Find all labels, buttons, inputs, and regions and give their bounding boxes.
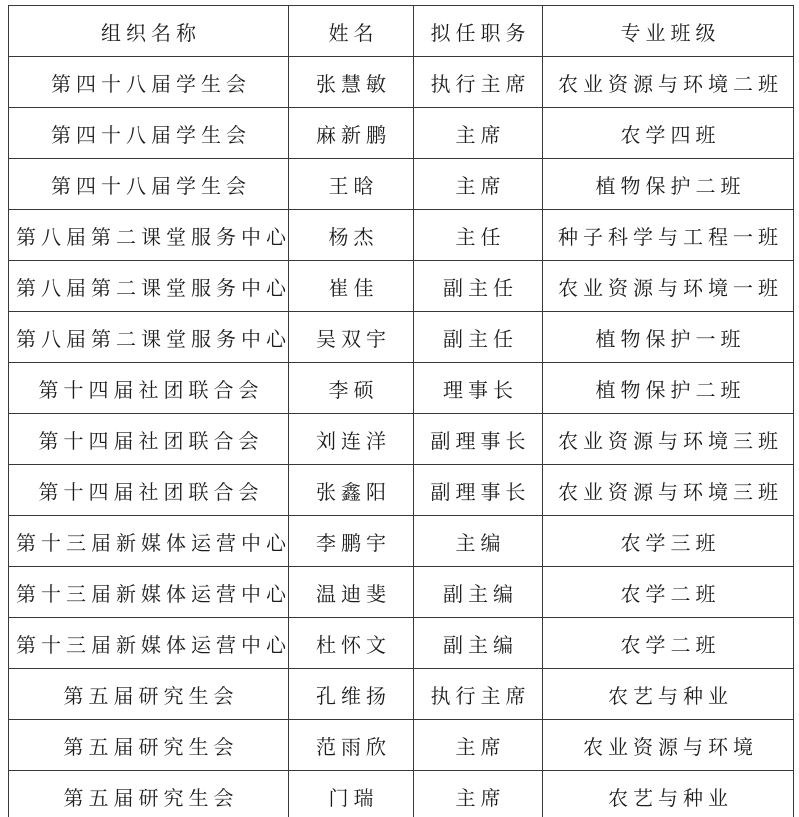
cell-class: 植物保护二班 bbox=[543, 363, 794, 414]
cell-class: 农学三班 bbox=[543, 516, 794, 567]
cell-class: 农学四班 bbox=[543, 108, 794, 159]
header-row: 组织名称 姓名 拟任职务 专业班级 bbox=[9, 6, 794, 57]
cell-position: 主席 bbox=[414, 720, 543, 771]
table-row: 第八届第二课堂服务中心吴双宇副主任植物保护一班 bbox=[9, 312, 794, 363]
cell-class: 农艺与种业 bbox=[543, 669, 794, 720]
header-major-class: 专业班级 bbox=[543, 6, 794, 57]
cell-class: 农业资源与环境 bbox=[543, 720, 794, 771]
table-row: 第四十八届学生会麻新鹏主席农学四班 bbox=[9, 108, 794, 159]
cell-class: 植物保护二班 bbox=[543, 159, 794, 210]
cell-name: 张慧敏 bbox=[289, 57, 414, 108]
cell-organization: 第八届第二课堂服务中心 bbox=[9, 312, 289, 363]
cell-position: 执行主席 bbox=[414, 669, 543, 720]
cell-organization: 第五届研究生会 bbox=[9, 771, 289, 817]
cell-position: 副理事长 bbox=[414, 465, 543, 516]
table-row: 第四十八届学生会王晗主席植物保护二班 bbox=[9, 159, 794, 210]
cell-organization: 第十三届新媒体运营中心 bbox=[9, 567, 289, 618]
table-row: 第十四届社团联合会李硕理事长植物保护二班 bbox=[9, 363, 794, 414]
table-body: 第四十八届学生会张慧敏执行主席农业资源与环境二班第四十八届学生会麻新鹏主席农学四… bbox=[9, 57, 794, 817]
cell-organization: 第十三届新媒体运营中心 bbox=[9, 516, 289, 567]
cell-class: 农业资源与环境三班 bbox=[543, 414, 794, 465]
cell-position: 主席 bbox=[414, 159, 543, 210]
cell-name: 范雨欣 bbox=[289, 720, 414, 771]
cell-position: 副主任 bbox=[414, 312, 543, 363]
table-row: 第十三届新媒体运营中心温迪斐副主编农学二班 bbox=[9, 567, 794, 618]
cell-class: 农艺与种业 bbox=[543, 771, 794, 817]
cell-position: 副理事长 bbox=[414, 414, 543, 465]
cell-position: 主席 bbox=[414, 108, 543, 159]
cell-name: 刘连洋 bbox=[289, 414, 414, 465]
cell-class: 农业资源与环境一班 bbox=[543, 261, 794, 312]
table-header: 组织名称 姓名 拟任职务 专业班级 bbox=[9, 6, 794, 57]
table-row: 第十四届社团联合会张鑫阳副理事长农业资源与环境三班 bbox=[9, 465, 794, 516]
cell-name: 麻新鹏 bbox=[289, 108, 414, 159]
cell-position: 主席 bbox=[414, 771, 543, 817]
header-name: 姓名 bbox=[289, 6, 414, 57]
cell-position: 理事长 bbox=[414, 363, 543, 414]
cell-name: 李硕 bbox=[289, 363, 414, 414]
cell-class: 植物保护一班 bbox=[543, 312, 794, 363]
cell-name: 杨杰 bbox=[289, 210, 414, 261]
cell-organization: 第八届第二课堂服务中心 bbox=[9, 261, 289, 312]
table-row: 第十四届社团联合会刘连洋副理事长农业资源与环境三班 bbox=[9, 414, 794, 465]
header-proposed-position: 拟任职务 bbox=[414, 6, 543, 57]
cell-name: 门瑞 bbox=[289, 771, 414, 817]
cell-organization: 第十四届社团联合会 bbox=[9, 414, 289, 465]
table-row: 第五届研究生会范雨欣主席农业资源与环境 bbox=[9, 720, 794, 771]
cell-organization: 第八届第二课堂服务中心 bbox=[9, 210, 289, 261]
cell-position: 副主编 bbox=[414, 618, 543, 669]
cell-organization: 第四十八届学生会 bbox=[9, 108, 289, 159]
cell-organization: 第十四届社团联合会 bbox=[9, 363, 289, 414]
table-row: 第五届研究生会门瑞主席农艺与种业 bbox=[9, 771, 794, 817]
cell-position: 主任 bbox=[414, 210, 543, 261]
cell-organization: 第四十八届学生会 bbox=[9, 159, 289, 210]
cell-name: 王晗 bbox=[289, 159, 414, 210]
table-row: 第四十八届学生会张慧敏执行主席农业资源与环境二班 bbox=[9, 57, 794, 108]
cell-position: 副主任 bbox=[414, 261, 543, 312]
cell-name: 孔维扬 bbox=[289, 669, 414, 720]
document-page: 组织名称 姓名 拟任职务 专业班级 第四十八届学生会张慧敏执行主席农业资源与环境… bbox=[0, 0, 799, 817]
cell-class: 农学二班 bbox=[543, 618, 794, 669]
cell-position: 副主编 bbox=[414, 567, 543, 618]
cell-name: 温迪斐 bbox=[289, 567, 414, 618]
cell-organization: 第五届研究生会 bbox=[9, 720, 289, 771]
appointment-roster-table: 组织名称 姓名 拟任职务 专业班级 第四十八届学生会张慧敏执行主席农业资源与环境… bbox=[8, 5, 794, 817]
table-row: 第五届研究生会孔维扬执行主席农艺与种业 bbox=[9, 669, 794, 720]
cell-name: 李鹏宇 bbox=[289, 516, 414, 567]
cell-class: 种子科学与工程一班 bbox=[543, 210, 794, 261]
header-organization: 组织名称 bbox=[9, 6, 289, 57]
cell-position: 执行主席 bbox=[414, 57, 543, 108]
cell-class: 农业资源与环境三班 bbox=[543, 465, 794, 516]
cell-name: 吴双宇 bbox=[289, 312, 414, 363]
cell-name: 杜怀文 bbox=[289, 618, 414, 669]
table-row: 第十三届新媒体运营中心杜怀文副主编农学二班 bbox=[9, 618, 794, 669]
cell-position: 主编 bbox=[414, 516, 543, 567]
cell-organization: 第十三届新媒体运营中心 bbox=[9, 618, 289, 669]
cell-class: 农学二班 bbox=[543, 567, 794, 618]
cell-class: 农业资源与环境二班 bbox=[543, 57, 794, 108]
table-row: 第八届第二课堂服务中心崔佳副主任农业资源与环境一班 bbox=[9, 261, 794, 312]
cell-name: 张鑫阳 bbox=[289, 465, 414, 516]
cell-organization: 第四十八届学生会 bbox=[9, 57, 289, 108]
table-row: 第八届第二课堂服务中心杨杰主任种子科学与工程一班 bbox=[9, 210, 794, 261]
cell-organization: 第十四届社团联合会 bbox=[9, 465, 289, 516]
cell-name: 崔佳 bbox=[289, 261, 414, 312]
cell-organization: 第五届研究生会 bbox=[9, 669, 289, 720]
table-row: 第十三届新媒体运营中心李鹏宇主编农学三班 bbox=[9, 516, 794, 567]
